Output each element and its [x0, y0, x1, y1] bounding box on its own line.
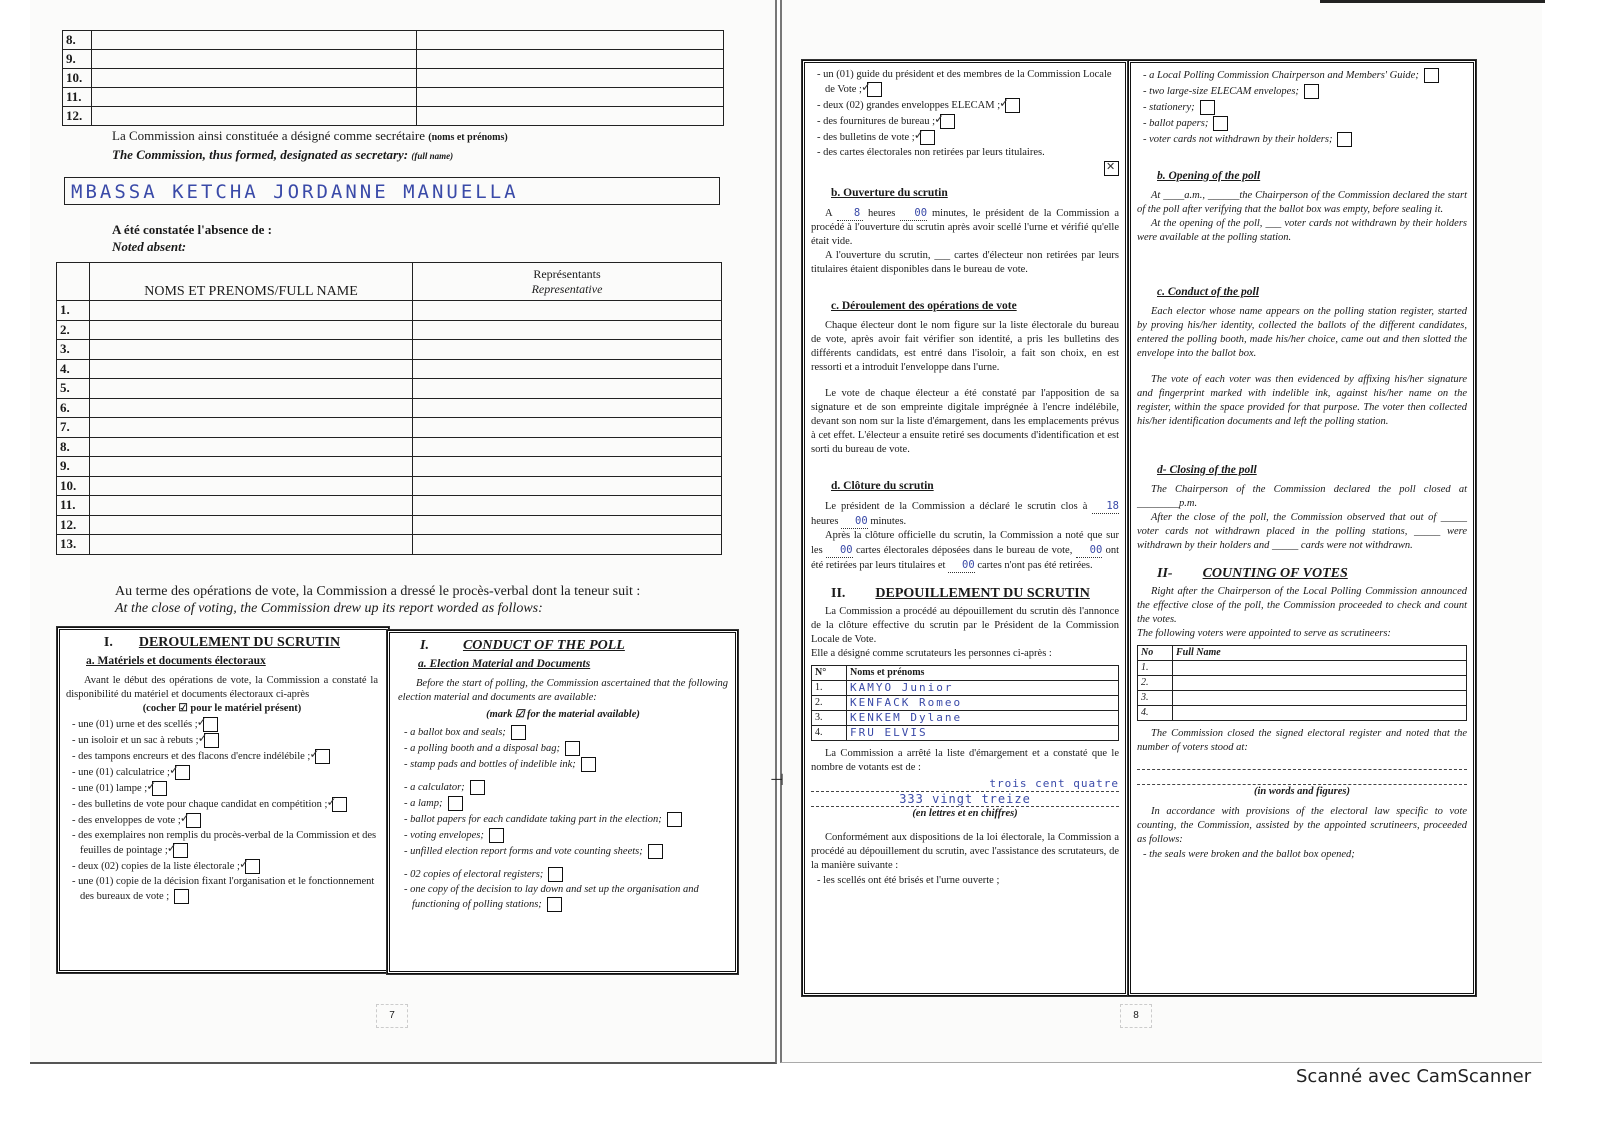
scrutineer-name-field[interactable] [1173, 676, 1467, 691]
secretary-label-fr: La Commission ainsi constituée a désigné… [112, 128, 508, 144]
checkbox[interactable] [511, 725, 526, 740]
section-title: DEROULEMENT DU SCRUTIN [139, 635, 340, 650]
scrutineers-table-en: NoFull Name 1. 2. 3. 4. [1137, 645, 1467, 721]
checkbox[interactable] [489, 828, 504, 843]
opening-hours-field[interactable]: 8 [837, 206, 863, 221]
subsection-a-title: a. Matériels et documents électoraux [86, 654, 378, 668]
checklist-item[interactable]: - une (01) copie de la décision fixant l… [80, 875, 378, 904]
section-conduct-fr: I.DEROULEMENT DU SCRUTIN a. Matériels et… [57, 627, 389, 973]
checkbox[interactable] [470, 780, 485, 795]
subsection-c-title: c. Déroulement des opérations de vote [831, 299, 1119, 313]
right-french-column: - un (01) guide du président et des memb… [802, 60, 1128, 996]
checkbox[interactable] [245, 859, 260, 874]
checkbox[interactable] [1337, 132, 1352, 147]
absent-label-en: Noted absent: [112, 239, 186, 255]
checkbox[interactable] [667, 812, 682, 827]
checklist-item[interactable]: - des tampons encreurs et des flacons d'… [80, 749, 378, 764]
absent-table: NOMS ET PRENOMS/FULL NAME Représentants … [56, 262, 722, 555]
checkbox[interactable] [175, 765, 190, 780]
checkbox[interactable] [174, 889, 189, 904]
subsection-c-title: c. Conduct of the poll [1157, 285, 1467, 299]
subsection-d-title: d. Clôture du scrutin [831, 479, 1119, 493]
checkbox[interactable] [920, 130, 935, 145]
checklist-item[interactable]: - stationery; [1151, 100, 1467, 115]
checklist-item[interactable]: - des cartes électorales non retirées pa… [825, 146, 1119, 160]
checklist-item[interactable]: - des enveloppes de vote ; [80, 813, 378, 828]
members-table-continued: 8. 9. 10. 11. 12. [62, 30, 724, 126]
scan-edge [1320, 0, 1545, 3]
subsection-a-title: a. Election Material and Documents [418, 657, 728, 671]
checklist-item[interactable]: - 02 copies of electoral registers; [412, 867, 728, 882]
secretary-label-en: The Commission, thus formed, designated … [112, 147, 453, 163]
subsection-b-title: b. Opening of the poll [1157, 169, 1467, 183]
scrutineer-name-field[interactable]: KENKEM Dylane [847, 711, 1119, 726]
opening-paragraph: A 8 heures 00 minutes, le président de l… [811, 206, 1119, 249]
checklist-item[interactable]: - stamp pads and bottles of indelible in… [412, 757, 728, 772]
checklist-item[interactable]: - a polling booth and a disposal bag; [412, 741, 728, 756]
subsection-d-title: d- Closing of the poll [1157, 463, 1467, 477]
right-english-column: - a Local Polling Commission Chairperson… [1128, 60, 1476, 996]
scrutineer-name-field[interactable] [1173, 706, 1467, 721]
checklist-item[interactable]: - des bulletins de vote ; [825, 130, 1119, 145]
checkbox[interactable] [548, 867, 563, 882]
checklist-item[interactable]: - des fournitures de bureau ; [825, 114, 1119, 129]
voters-count-figures-field[interactable]: 333 vingt treize [811, 792, 1119, 807]
voters-count-figures-field[interactable] [1137, 770, 1467, 785]
checkbox[interactable] [204, 733, 219, 748]
checkbox[interactable] [332, 797, 347, 812]
subsection-b-title: b. Ouverture du scrutin [831, 186, 1119, 200]
checkbox[interactable] [581, 757, 596, 772]
checkbox[interactable] [173, 843, 188, 858]
checklist-item[interactable]: - unfilled election report forms and vot… [412, 844, 728, 859]
checklist-item[interactable]: - un isoloir et un sac à rebuts ; [80, 733, 378, 748]
checkbox[interactable] [1424, 68, 1439, 83]
checkbox[interactable] [315, 749, 330, 764]
section-conduct-en: I.CONDUCT OF THE POLL a. Election Materi… [387, 630, 738, 974]
checklist-item[interactable]: - a Local Polling Commission Chairperson… [1151, 68, 1467, 83]
checkbox[interactable] [1200, 100, 1215, 115]
absent-label-fr: A été constatée l'absence de : [112, 222, 272, 238]
checklist-item[interactable]: - des exemplaires non remplis du procès-… [80, 829, 378, 858]
checklist-item[interactable]: - un (01) guide du président et des memb… [825, 68, 1119, 97]
checkbox[interactable] [565, 741, 580, 756]
camscanner-watermark: Scanné avec CamScanner [1296, 1066, 1531, 1087]
checkbox[interactable] [648, 844, 663, 859]
section-ii-title: COUNTING OF VOTES [1203, 566, 1348, 581]
cards-not-withdrawn-field[interactable]: 00 [948, 558, 975, 573]
secretary-name-field[interactable]: MBASSA KETCHA JORDANNE MANUELLA [64, 177, 720, 205]
checkbox[interactable] [152, 781, 167, 796]
closing-minutes-field[interactable]: 00 [841, 514, 868, 529]
checkbox[interactable] [1005, 98, 1020, 113]
binding-mark-icon: ⊣ [770, 770, 784, 790]
checklist-item[interactable]: - ballot papers for each candidate takin… [412, 812, 728, 827]
checkbox[interactable] [186, 813, 201, 828]
checklist-item[interactable]: - voter cards not withdrawn by their hol… [1151, 132, 1467, 147]
report-intro-en: At the close of voting, the Commission d… [115, 601, 543, 618]
checklist-item[interactable]: - une (01) urne et des scellés ; [80, 717, 378, 732]
col-full-name: NOMS ET PRENOMS/FULL NAME [90, 263, 413, 301]
checklist-item[interactable]: - ballot papers; [1151, 116, 1467, 131]
checkbox[interactable] [940, 114, 955, 129]
checklist-item[interactable]: - a lamp; [412, 796, 728, 811]
opening-minutes-field[interactable]: 00 [900, 206, 927, 221]
scrutineer-name-field[interactable] [1173, 691, 1467, 706]
checkbox[interactable] [1213, 116, 1228, 131]
scrutineer-name-field[interactable]: FRU ELVIS [847, 726, 1119, 741]
scrutineer-name-field[interactable] [1173, 661, 1467, 676]
checklist-item[interactable]: - une (01) calculatrice ; [80, 765, 378, 780]
voters-count-words-field[interactable] [1137, 755, 1467, 770]
checkbox[interactable] [1304, 84, 1319, 99]
scrutineer-name-field[interactable]: KAMYO Junior [847, 681, 1119, 696]
report-intro-fr: Au terme des opérations de vote, la Comm… [115, 584, 640, 601]
section-title: CONDUCT OF THE POLL [463, 638, 625, 653]
checklist-item[interactable]: - two large-size ELECAM envelopes; [1151, 84, 1467, 99]
cards-deposited-field[interactable]: 00 [826, 543, 853, 558]
checkbox[interactable] [448, 796, 463, 811]
checklist-item[interactable]: - voting envelopes; [412, 828, 728, 843]
page-number-right: 8 [1120, 1004, 1152, 1028]
page-number-left: 7 [376, 1004, 408, 1028]
checkbox[interactable] [203, 717, 218, 732]
checklist-item[interactable]: - a calculator; [412, 780, 728, 795]
checklist-item[interactable]: - des bulletins de vote pour chaque cand… [80, 797, 378, 812]
checklist-item[interactable]: - one copy of the decision to lay down a… [412, 883, 728, 912]
checklist-item[interactable]: - deux (02) copies de la liste électoral… [80, 859, 378, 874]
section-ii-title: DEPOUILLEMENT DU SCRUTIN [875, 586, 1089, 601]
checklist-item[interactable]: - deux (02) grandes enveloppes ELECAM ; [825, 98, 1119, 113]
voters-count-words-field[interactable]: trois cent quatre [811, 777, 1119, 792]
scrutineers-table-fr: N°Noms et prénoms 1.KAMYO Junior 2.KENFA… [811, 665, 1119, 741]
col-representative: Représentants Representative [413, 263, 722, 301]
checklist-item[interactable]: - une (01) lampe ; [80, 781, 378, 796]
cards-paragraph: Après la clôture officielle du scrutin, … [811, 529, 1119, 573]
checkbox[interactable] [1104, 161, 1119, 176]
closing-paragraph: Le président de la Commission a déclaré … [811, 499, 1119, 529]
scrutineer-name-field[interactable]: KENFACK Romeo [847, 696, 1119, 711]
closing-hours-field[interactable]: 18 [1092, 499, 1119, 514]
checkbox[interactable] [867, 82, 882, 97]
checklist-item[interactable]: - a ballot box and seals; [412, 725, 728, 740]
cards-withdrawn-field[interactable]: 00 [1076, 543, 1103, 558]
checkbox[interactable] [547, 897, 562, 912]
